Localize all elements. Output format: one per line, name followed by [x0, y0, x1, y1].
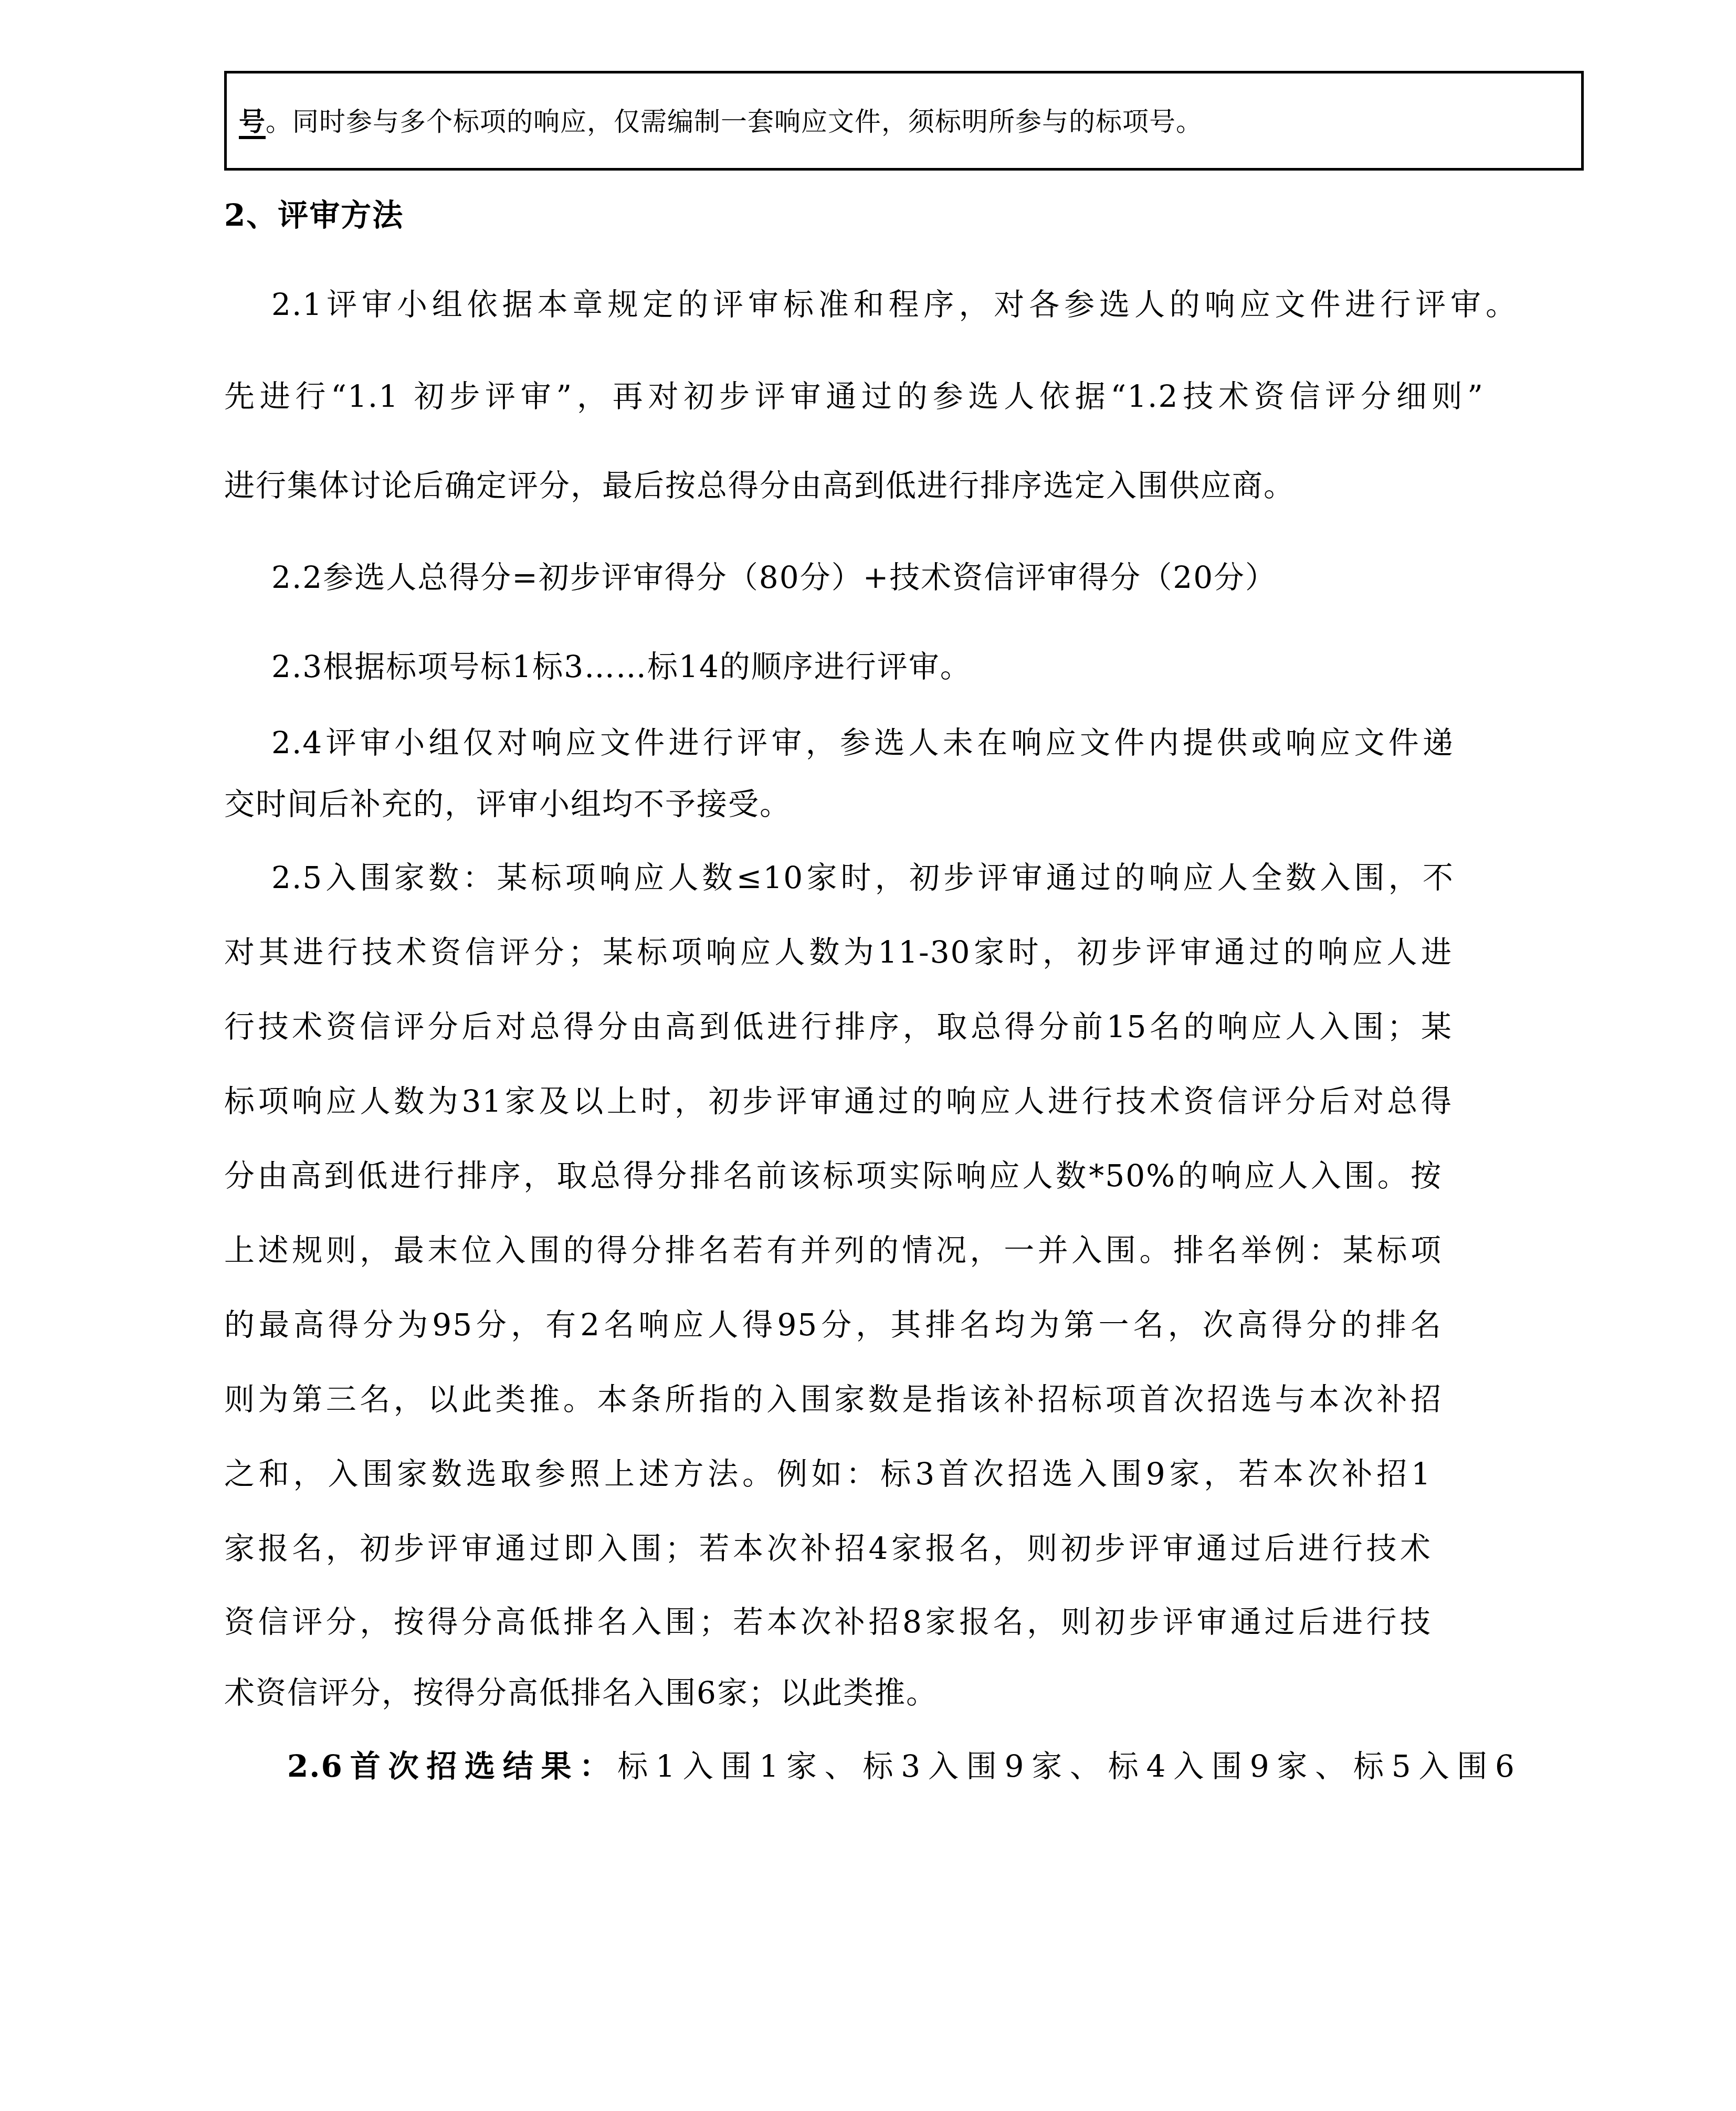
- notice-box-lead: 号: [239, 106, 266, 137]
- para-2-5-line-6: 上述规则，最末位入围的得分排名若有并列的情况，一并入围。排名举例：某标项: [224, 1229, 1442, 1271]
- para-2-5-line-2: 对其进行技术资信评分；某标项响应人数为11-30家时，初步评审通过的响应人进: [224, 931, 1453, 973]
- para-2-5-line-10: 家报名，初步评审通过即入围；若本次补招4家报名，则初步评审通过后进行技术: [224, 1527, 1432, 1569]
- para-2-2: 2.2参选人总得分=初步评审得分（80分）+技术资信评审得分（20分）: [271, 556, 1277, 598]
- para-2-4-line-2: 交时间后补充的，评审小组均不予接受。: [224, 783, 791, 825]
- para-2-5-line-7: 的最高得分为95分，有2名响应人得95分，其排名均为第一名，次高得分的排名: [224, 1304, 1442, 1346]
- para-2-1-line-2: 先进行“1.1 初步评审”，再对初步评审通过的参选人依据“1.2技术资信评分细则…: [224, 375, 1484, 417]
- para-2-6: 2.6首次招选结果：标1入围1家、标3入围9家、标4入围9家、标5入围6: [287, 1745, 1516, 1787]
- para-2-5-line-12: 术资信评分，按得分高低排名入围6家；以此类推。: [224, 1672, 938, 1714]
- para-2-6-text: 标1入围1家、标3入围9家、标4入围9家、标5入围6: [617, 1748, 1516, 1784]
- para-2-1-line-1: 2.1评审小组依据本章规定的评审标准和程序，对各参选人的响应文件进行评审。: [271, 283, 1517, 325]
- para-2-5-line-3: 行技术资信评分后对总得分由高到低进行排序，取总得分前15名的响应人入围；某: [224, 1006, 1453, 1048]
- notice-box-text: 号。同时参与多个标项的响应，仅需编制一套响应文件，须标明所参与的标项号。: [239, 101, 1203, 143]
- para-2-5-line-1: 2.5入围家数：某标项响应人数≤10家时，初步评审通过的响应人全数入围，不: [271, 857, 1454, 899]
- document-page: 号。同时参与多个标项的响应，仅需编制一套响应文件，须标明所参与的标项号。 2、评…: [0, 0, 1736, 2111]
- para-2-3: 2.3根据标项号标1标3……标14的顺序进行评审。: [271, 646, 972, 688]
- notice-box-body: 。同时参与多个标项的响应，仅需编制一套响应文件，须标明所参与的标项号。: [266, 107, 1203, 137]
- para-2-5-line-11: 资信评分，按得分高低排名入围；若本次补招8家报名，则初步评审通过后进行技: [224, 1601, 1432, 1643]
- para-2-4-line-1: 2.4评审小组仅对响应文件进行评审，参选人未在响应文件内提供或响应文件递: [271, 722, 1454, 764]
- para-2-5-line-5: 分由高到低进行排序，取总得分排名前该标项实际响应人数*50%的响应人入围。按: [224, 1155, 1442, 1197]
- para-2-1-line-3: 进行集体讨论后确定评分，最后按总得分由高到低进行排序选定入围供应商。: [224, 465, 1295, 506]
- para-2-5-line-4: 标项响应人数为31家及以上时，初步评审通过的响应人进行技术资信评分后对总得: [224, 1080, 1453, 1122]
- para-2-5-line-9: 之和，入围家数选取参照上述方法。例如：标3首次招选入围9家，若本次补招1: [224, 1453, 1432, 1495]
- para-2-5-line-8: 则为第三名，以此类推。本条所指的入围家数是指该补招标项首次招选与本次补招: [224, 1378, 1442, 1420]
- section-heading: 2、评审方法: [224, 194, 404, 236]
- para-2-6-label: 2.6首次招选结果：: [287, 1748, 617, 1784]
